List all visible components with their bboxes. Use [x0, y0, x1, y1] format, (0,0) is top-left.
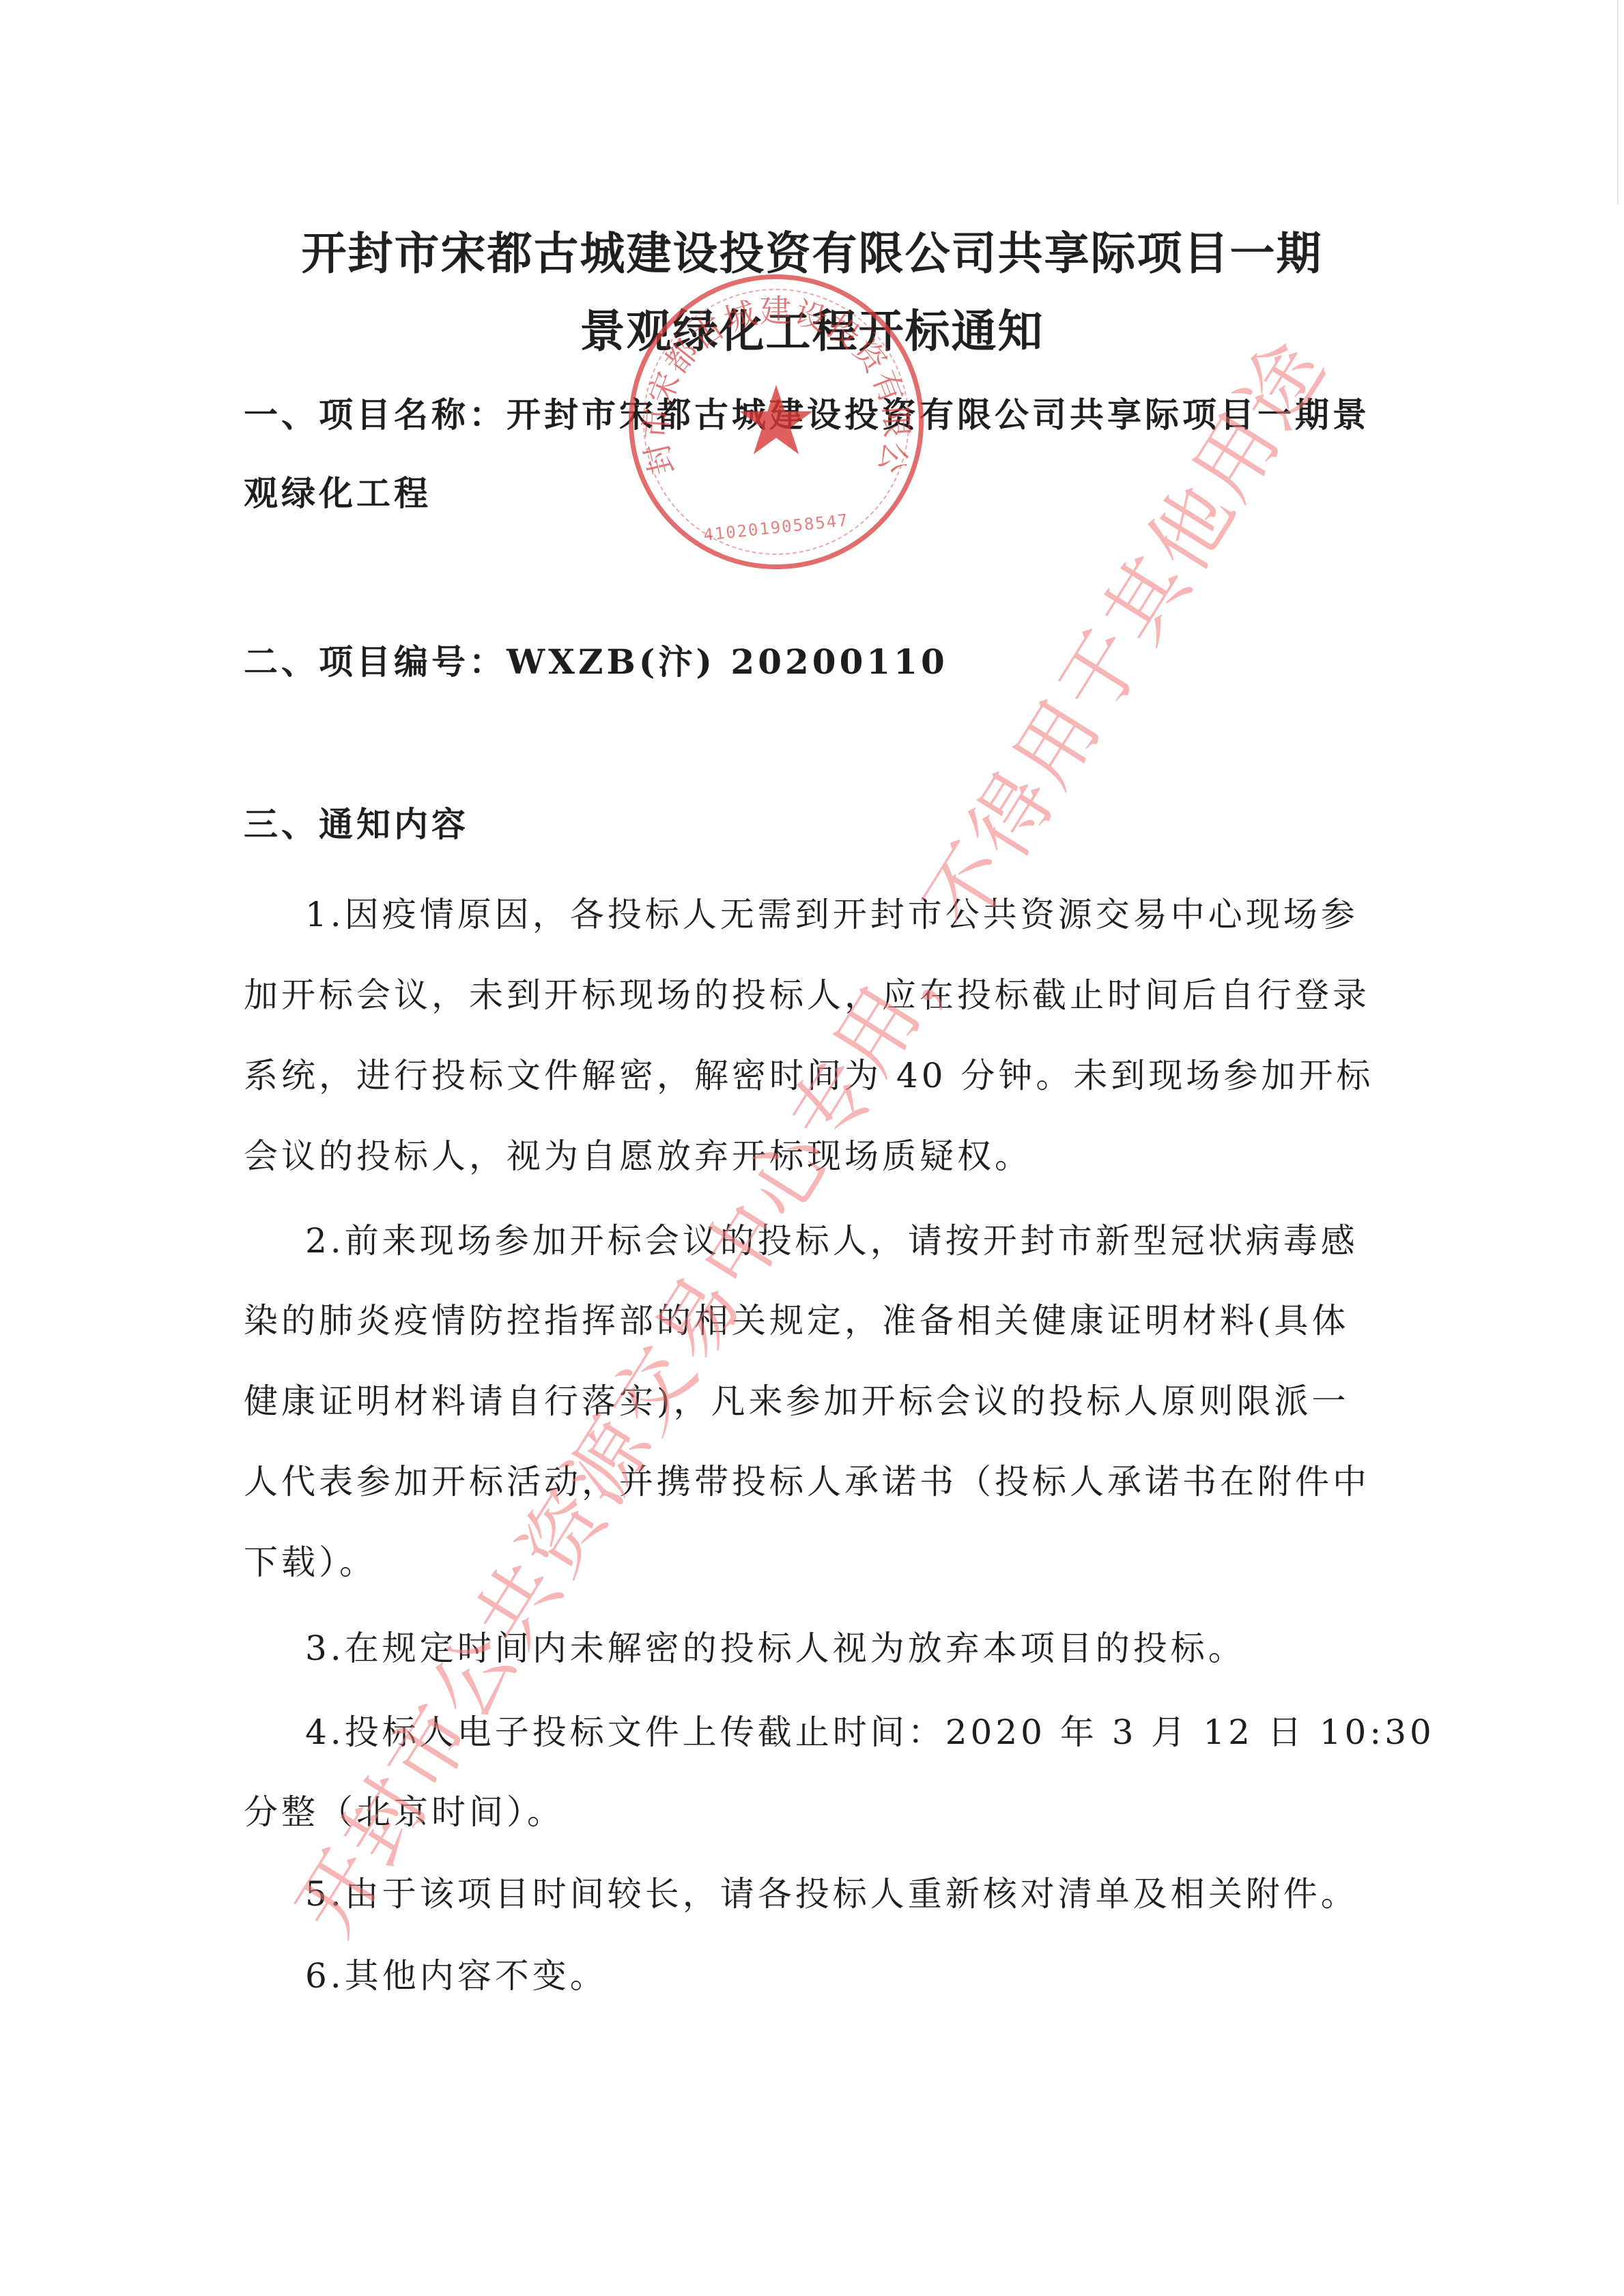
seal-code: 4102019058547 — [702, 511, 850, 545]
section-project-name-line-2: 观绿化工程 — [244, 466, 431, 515]
notice-item-1-line-4: 会议的投标人，视为自愿放弃开标现场质疑权。 — [244, 1129, 1032, 1178]
scan-edge — [1617, 0, 1619, 205]
notice-item-3-line-1: 3.在规定时间内未解密的投标人视为放弃本项目的投标。 — [305, 1621, 1246, 1670]
section-project-name-line-1: 一、项目名称：开封市宋都古城建设投资有限公司共享际项目一期景 — [244, 388, 1370, 437]
notice-item-2-line-2: 染的肺炎疫情防控指挥部的相关规定，准备相关健康证明材料(具体 — [244, 1293, 1350, 1343]
notice-item-2-line-3: 健康证明材料请自行落实)，凡来参加开标会议的投标人原则限派一 — [244, 1374, 1350, 1423]
document-page: 开封市宋都古城建设投资有限公司共享际项目一期 景观绿化工程开标通知 一、项目名称… — [0, 0, 1624, 2296]
section-project-number: 二、项目编号：WXZB(汴) 20200110 — [244, 635, 948, 684]
notice-item-2-line-5: 下载）。 — [244, 1535, 377, 1584]
notice-item-6-line-1: 6.其他内容不变。 — [305, 1949, 608, 1998]
document-title-line-2: 景观绿化工程开标通知 — [0, 295, 1624, 360]
document-title-line-1: 开封市宋都古城建设投资有限公司共享际项目一期 — [0, 217, 1624, 282]
notice-item-2-line-1: 2.前来现场参加开标会议的投标人，请按开封市新型冠状病毒感 — [305, 1214, 1358, 1263]
notice-item-2-line-4: 人代表参加开标活动，并携带投标人承诺书（投标人承诺书在附件中 — [244, 1454, 1370, 1504]
notice-item-1-line-1: 1.因疫情原因，各投标人无需到开封市公共资源交易中心现场参 — [305, 887, 1358, 936]
notice-item-5-line-1: 5.由于该项目时间较长，请各投标人重新核对清单及相关附件。 — [305, 1867, 1358, 1916]
section-notice-content-heading: 三、通知内容 — [244, 797, 469, 846]
notice-item-4-line-1: 4.投标人电子投标文件上传截止时间：2020 年 3 月 12 日 10:30 — [305, 1705, 1435, 1754]
notice-item-1-line-2: 加开标会议，未到开标现场的投标人，应在投标截止时间后自行登录 — [244, 968, 1370, 1017]
notice-item-4-line-2: 分整（北京时间）。 — [244, 1785, 565, 1834]
notice-item-1-line-3: 系统，进行投标文件解密，解密时间为 40 分钟。未到现场参加开标 — [244, 1048, 1373, 1097]
